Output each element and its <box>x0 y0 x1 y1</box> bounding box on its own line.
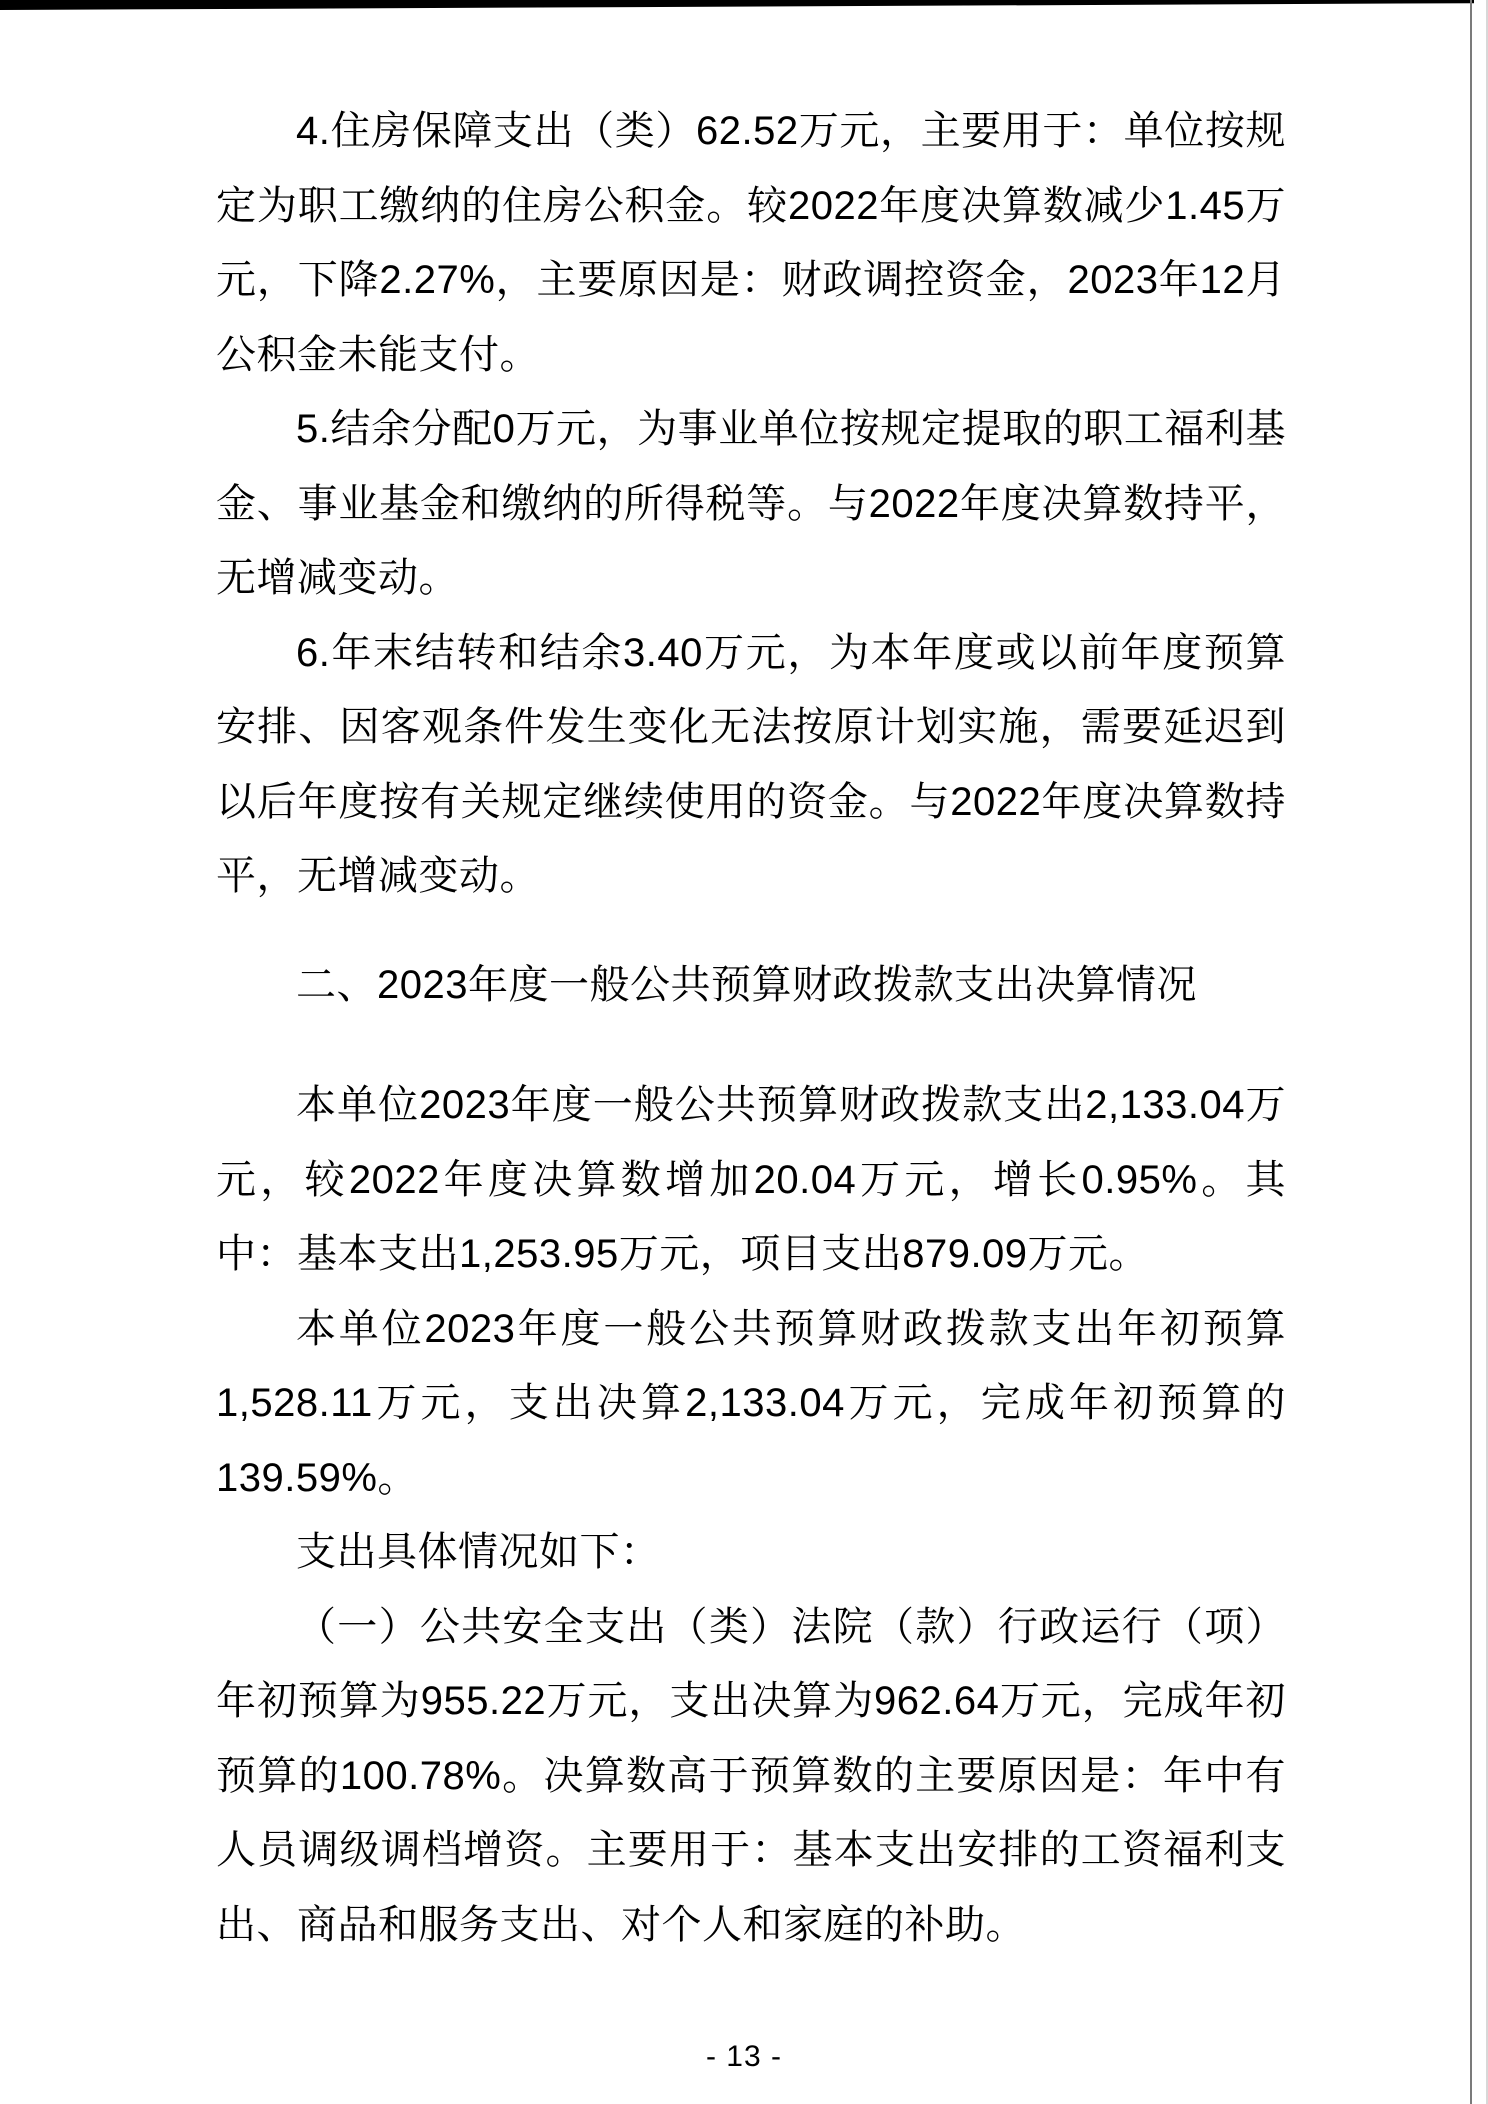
paragraph-public-security-expenditure: （一）公共安全支出（类）法院（款）行政运行（项）年初预算为955.22万元，支出… <box>216 1590 1286 1963</box>
page-number: - 13 - <box>0 2040 1488 2074</box>
document-page-body: 4.住房保障支出（类）62.52万元，主要用于：单位按规定为职工缴纳的住房公积金… <box>216 94 1286 1962</box>
scan-right-edge-line <box>1470 0 1472 2104</box>
paragraph-initial-budget-vs-final: 本单位2023年度一般公共预算财政拨款支出年初预算1,528.11万元，支出决算… <box>216 1292 1286 1516</box>
section-heading-general-budget-expenditure: 二、2023年度一般公共预算财政拨款支出决算情况 <box>216 948 1286 1023</box>
scan-top-edge-artifact <box>0 0 1474 10</box>
paragraph-year-end-carryover: 6.年末结转和结余3.40万元，为本年度或以前年度预算安排、因客观条件发生变化无… <box>216 616 1286 914</box>
paragraph-expenditure-details-intro: 支出具体情况如下： <box>216 1515 1286 1590</box>
paragraph-budget-expenditure-total: 本单位2023年度一般公共预算财政拨款支出2,133.04万元，较2022年度决… <box>216 1068 1286 1292</box>
paragraph-housing-expenditure: 4.住房保障支出（类）62.52万元，主要用于：单位按规定为职工缴纳的住房公积金… <box>216 94 1286 392</box>
paragraph-surplus-distribution: 5.结余分配0万元，为事业单位按规定提取的职工福利基金、事业基金和缴纳的所得税等… <box>216 392 1286 616</box>
